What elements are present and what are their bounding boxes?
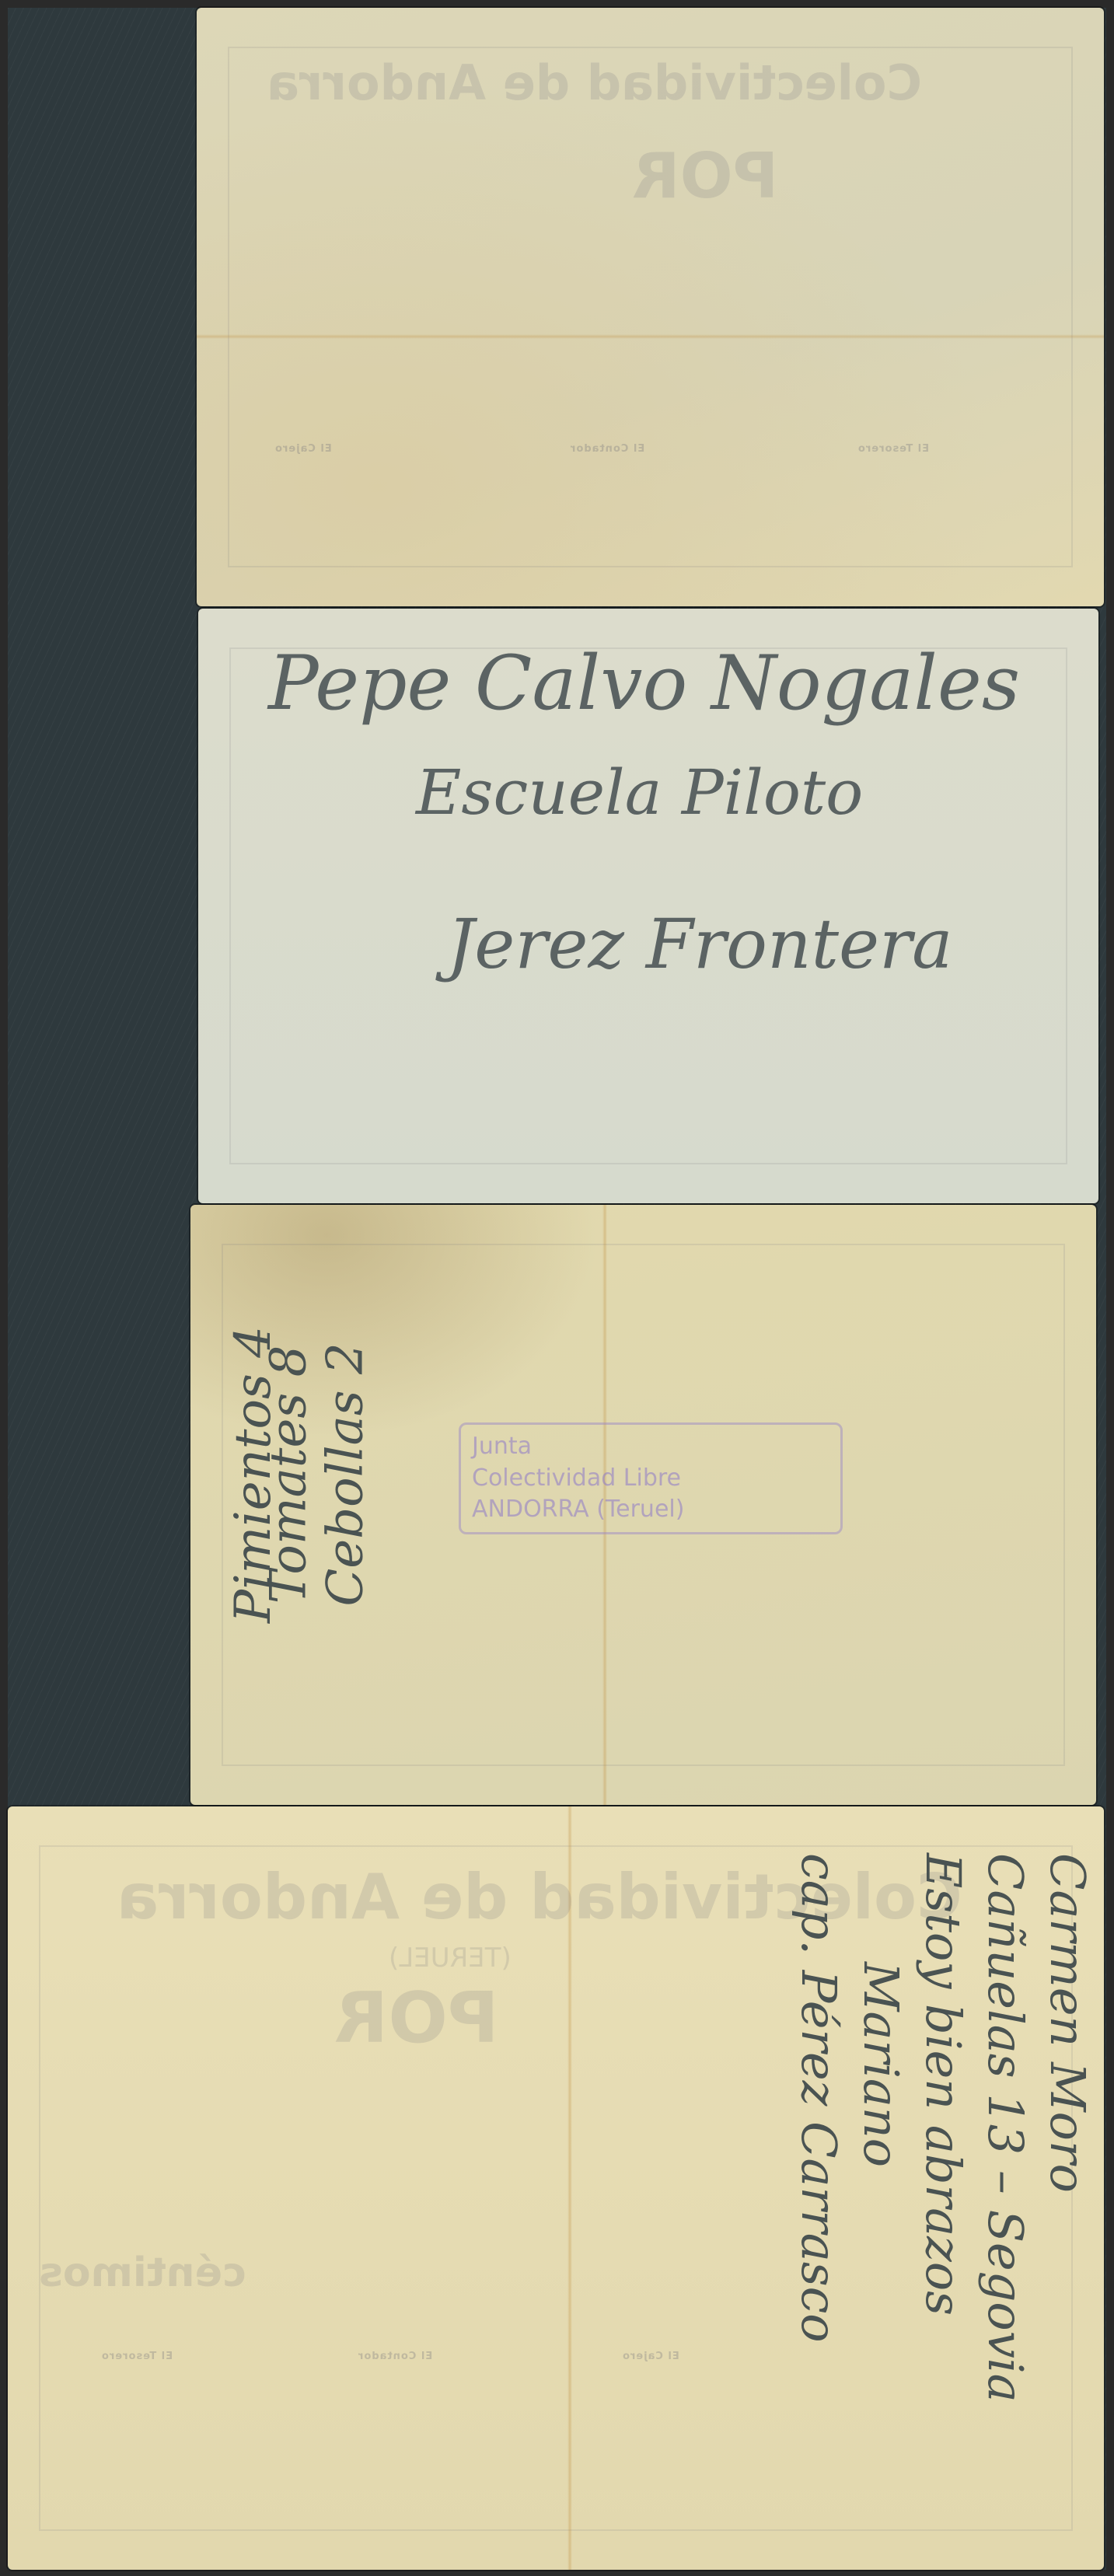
printed-frame — [228, 47, 1073, 567]
handwritten-line: Tomates 8 — [260, 1346, 317, 1604]
handwritten-line: Pepe Calvo Nogales — [268, 640, 1020, 727]
stamp-line: Colectividad Libre — [472, 1463, 829, 1495]
fold-crease — [197, 334, 1104, 339]
signature-label: El Cajero — [622, 2351, 679, 2362]
showthrough-title: Colectividad de Andorra — [267, 54, 922, 111]
handwritten-line: Escuela Piloto — [416, 756, 863, 829]
showthrough-value-word: POR — [632, 140, 778, 212]
banknote-4: Colectividad de Andorra (TERUEL) POR cén… — [8, 1806, 1104, 2570]
showthrough-denomination: céntimos — [39, 2250, 246, 2296]
signature-label: El Tesorero — [101, 2351, 173, 2362]
banknote-3: Pimientos 4 Tomates 8 Cebollas 2 Junta C… — [190, 1205, 1096, 1805]
banknote-2: Pepe Calvo Nogales Escuela Piloto Jerez … — [198, 609, 1098, 1203]
handwritten-line: Jerez Frontera — [447, 904, 953, 984]
stamp-line: Junta — [472, 1431, 829, 1463]
showthrough-value-word: POR — [334, 1977, 499, 2059]
handwritten-line: Cebollas 2 — [317, 1342, 375, 1606]
signature-label: El Cajero — [274, 443, 332, 455]
stamp-line: ANDORRA (Teruel) — [472, 1494, 829, 1526]
signature-label: El Contador — [358, 2351, 432, 2362]
showthrough-subtitle: (TERUEL) — [389, 1942, 512, 1974]
handwritten-line: Cañuelas 13 – Segovia — [977, 1853, 1034, 2403]
handwritten-line: cap. Pérez Carrasco — [791, 1853, 847, 2343]
banknote-1: Colectividad de Andorra POR El Cajero El… — [197, 8, 1104, 606]
collective-stamp: Junta Colectividad Libre ANDORRA (Teruel… — [459, 1422, 843, 1534]
signature-label: El Contador — [570, 443, 644, 455]
signature-label: El Tesorero — [857, 443, 929, 455]
handwritten-line: Estoy bien abrazos — [915, 1853, 972, 2316]
handwritten-line: Mariano — [853, 1962, 910, 2167]
handwritten-line: Carmen Moro — [1039, 1853, 1096, 2193]
